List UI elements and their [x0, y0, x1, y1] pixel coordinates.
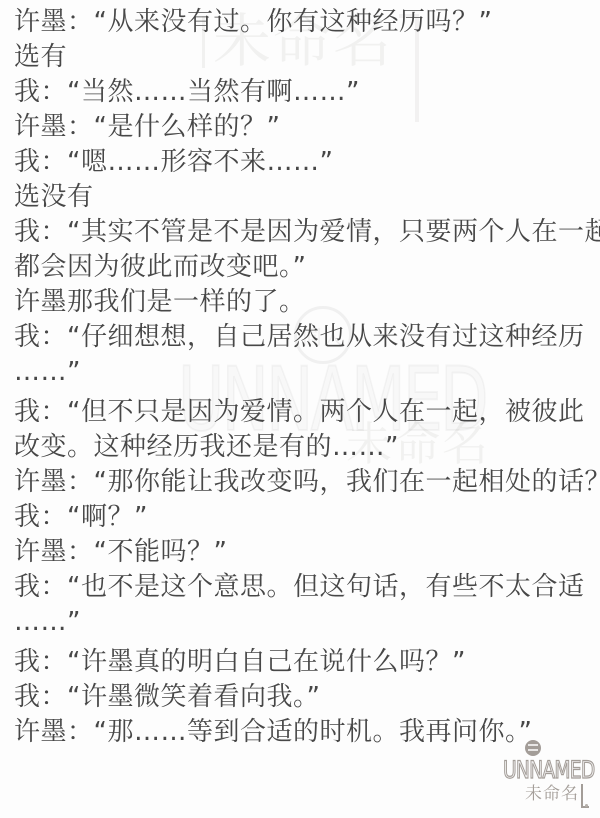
unnamed-logo: UNNAMED 未命名: [503, 740, 595, 812]
page: 未命名 同人 UNNAMED 未命名 许墨：“从来没有过。你有这种经历吗？”选有…: [0, 0, 600, 818]
dialogue-line: 许墨那我们是一样的了。: [14, 285, 596, 320]
dialogue-line: 我：“许墨微笑着看向我。”: [14, 680, 596, 715]
logo-cn: 未命名: [525, 784, 589, 808]
dialogue-line: 我：“当然……当然有啊……”: [14, 75, 596, 110]
dialogue-line: ……”: [14, 355, 596, 390]
dialogue-line: 选没有: [14, 180, 596, 215]
dialogue-line: 许墨：“那你能让我改变吗，我们在一起相处的话？”: [14, 465, 596, 500]
dialogue-line: 我：“也不是这个意思。但这句话，有些不太合适: [14, 570, 596, 605]
dialogue-line: 我：“许墨真的明白自己在说什么吗？”: [14, 645, 596, 680]
seal-icon: [525, 740, 541, 756]
dialogue-text: 许墨：“从来没有过。你有这种经历吗？”选有我：“当然……当然有啊……”许墨：“是…: [14, 5, 596, 750]
dialogue-line: 许墨：“不能吗？”: [14, 535, 596, 570]
logo-dot: [585, 804, 588, 807]
dialogue-line: ……”: [14, 605, 596, 640]
dialogue-line: 我：“仔细想想，自己居然也从来没有过这种经历: [14, 320, 596, 355]
dialogue-line: 我：“啊？”: [14, 500, 596, 535]
dialogue-line: 许墨：“从来没有过。你有这种经历吗？”: [14, 5, 596, 40]
dialogue-line: 都会因为彼此而改变吧。”: [14, 250, 596, 285]
dialogue-line: 许墨：“是什么样的？”: [14, 110, 596, 145]
dialogue-line: 我：“其实不管是不是因为爱情，只要两个人在一起，: [14, 215, 596, 250]
dialogue-line: 改变。这种经历我还是有的……”: [14, 430, 596, 465]
logo-name: UNNAMED: [503, 756, 594, 784]
logo-cn-label: 未命名: [525, 784, 579, 804]
dialogue-line: 我：“但不只是因为爱情。两个人在一起，被彼此: [14, 395, 596, 430]
dialogue-line: 选有: [14, 40, 596, 75]
dialogue-line: 我：“嗯……形容不来……”: [14, 145, 596, 180]
